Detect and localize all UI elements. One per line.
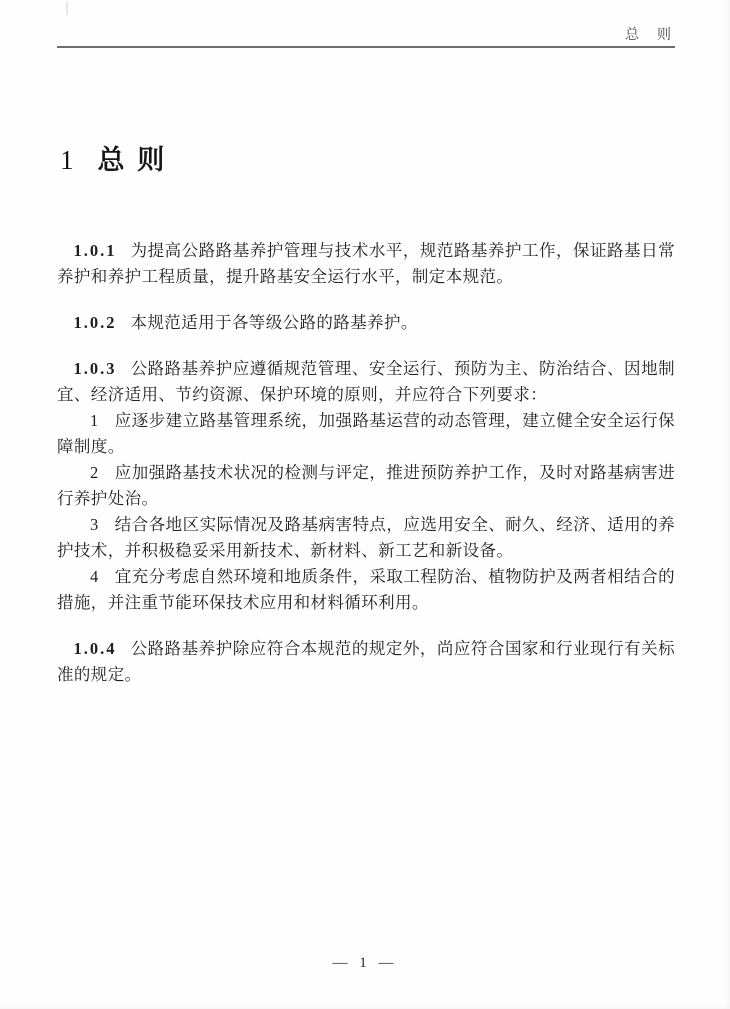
header-rule [57, 46, 675, 48]
clause-1-0-4: 1.0.4公路路基养护除应符合本规范的规定外，尚应符合国家和行业现行有关标准的规… [57, 636, 675, 688]
chapter-title: 1总 则 [60, 138, 167, 177]
clause-number: 1.0.2 [74, 313, 117, 332]
item-number: 2 [90, 463, 99, 482]
page-footer: — 1 — [0, 955, 730, 972]
document-body: 1.0.1为提高公路路基养护管理与技术水平，规范路基养护工作，保证路基日常养护和… [57, 238, 675, 688]
item-text: 应加强路基技术状况的检测与评定，推进预防养护工作，及时对路基病害进行养护处治。 [57, 463, 675, 508]
clause-number: 1.0.1 [74, 241, 117, 260]
item-number: 4 [90, 567, 99, 586]
clause-text: 为提高公路路基养护管理与技术水平，规范路基养护工作，保证路基日常养护和养护工程质… [57, 241, 675, 286]
page-number: — 1 — [333, 955, 398, 971]
page-header: 总 则 [625, 24, 673, 44]
clause-1-0-1: 1.0.1为提高公路路基养护管理与技术水平，规范路基养护工作，保证路基日常养护和… [57, 238, 675, 290]
scan-artifact [66, 2, 68, 15]
clause-1-0-3-item-4: 4宜充分考虑自然环境和地质条件，采取工程防治、植物防护及两者相结合的措施，并注重… [57, 564, 675, 616]
clause-text: 公路路基养护除应符合本规范的规定外，尚应符合国家和行业现行有关标准的规定。 [57, 639, 675, 684]
item-text: 宜充分考虑自然环境和地质条件，采取工程防治、植物防护及两者相结合的措施，并注重节… [57, 567, 675, 612]
clause-1-0-3: 1.0.3公路路基养护应遵循规范管理、安全运行、预防为主、防治结合、因地制宜、经… [57, 356, 675, 408]
item-number: 1 [90, 411, 99, 430]
chapter-number: 1 [60, 145, 74, 175]
clause-1-0-3-item-2: 2应加强路基技术状况的检测与评定，推进预防养护工作，及时对路基病害进行养护处治。 [57, 460, 675, 512]
clause-number: 1.0.3 [74, 359, 117, 378]
running-title: 总 则 [625, 28, 673, 43]
clause-1-0-3-item-3: 3结合各地区实际情况及路基病害特点，应选用安全、耐久、经济、适用的养护技术，并积… [57, 512, 675, 564]
chapter-name: 总 则 [98, 145, 168, 175]
document-page: 总 则 1总 则 1.0.1为提高公路路基养护管理与技术水平，规范路基养护工作，… [0, 0, 730, 1009]
item-text: 结合各地区实际情况及路基病害特点，应选用安全、耐久、经济、适用的养护技术，并积极… [57, 515, 675, 560]
clause-1-0-3-item-1: 1应逐步建立路基管理系统，加强路基运营的动态管理，建立健全安全运行保障制度。 [57, 408, 675, 460]
clause-text: 公路路基养护应遵循规范管理、安全运行、预防为主、防治结合、因地制宜、经济适用、节… [57, 359, 675, 404]
clause-text: 本规范适用于各等级公路的路基养护。 [131, 313, 418, 332]
item-number: 3 [90, 515, 99, 534]
clause-1-0-2: 1.0.2本规范适用于各等级公路的路基养护。 [57, 310, 675, 336]
clause-number: 1.0.4 [74, 639, 117, 658]
item-text: 应逐步建立路基管理系统，加强路基运营的动态管理，建立健全安全运行保障制度。 [57, 411, 675, 456]
